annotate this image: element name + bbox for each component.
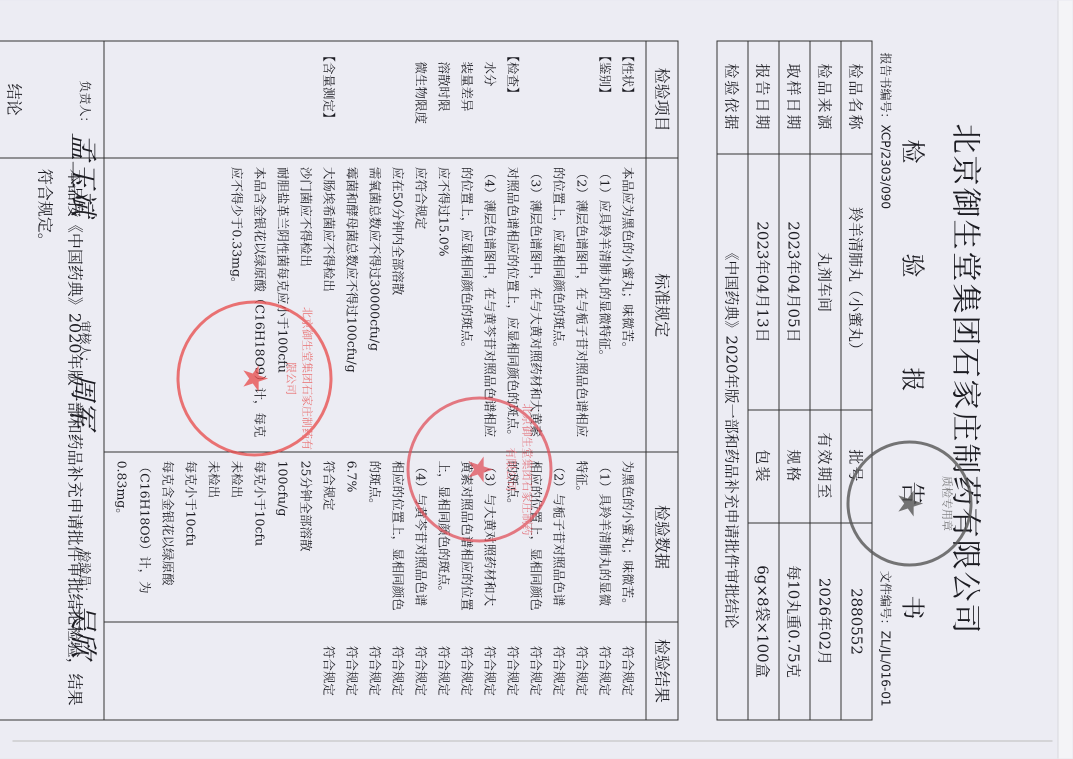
standard-line: 本品应为黑色的小蜜丸；味微苦。: [617, 167, 640, 444]
info-row: 报告日期 2023年04月13日 包装 6g×8袋×100盒: [748, 41, 779, 720]
inspection-report-page: 北京御生堂集团石家庄制药有限公司 检验报告书 报告书编号：XCP/2303/09…: [0, 1, 1073, 759]
result-line: 符合规定: [341, 630, 364, 711]
star-icon: ★: [890, 488, 930, 518]
info-row: 检品来源 丸剂车间 有效期至 2026年02月: [810, 41, 841, 720]
star-icon: ★: [460, 454, 500, 484]
item-line: [387, 50, 410, 150]
product-info-table: 检品名称 羚羊清肺丸（小蜜丸） 批号 2880552 检品来源 丸剂车间 有效期…: [717, 41, 873, 721]
data-line: 25分钟全部溶散: [295, 461, 318, 614]
standard-line: （1）应具羚羊清肺丸的显微特征。: [594, 167, 617, 444]
basis-label: 检验依据: [717, 41, 748, 154]
item-line: 水分: [479, 50, 502, 150]
spec-label: 规格: [779, 410, 810, 523]
basis-value: 《中国药典》2020年版一部和药品补充申请批件审批结论: [717, 154, 748, 720]
scanned-document: 北京御生堂集团石家庄制药有限公司 检验报告书 报告书编号：XCP/2303/09…: [0, 0, 1073, 758]
data-line: 未检出: [226, 461, 249, 614]
result-line: 符合规定: [456, 630, 479, 711]
data-line: 每克小于10cfu: [180, 461, 203, 614]
inspector-signature: 检验员：吴欣: [65, 551, 105, 659]
inspector-handwriting: 吴欣: [67, 603, 100, 659]
reviewer-label: 审核人：: [78, 321, 92, 369]
product-name-value: 羚羊清肺丸（小蜜丸）: [841, 154, 872, 410]
reviewer-signature: 审核人：周军: [65, 321, 105, 429]
result-line: 符合规定: [433, 630, 456, 711]
scan-border-line: [13, 741, 1053, 742]
quality-inspection-seal: 质检专用章 ★: [847, 441, 973, 567]
data-line: 6.7%: [341, 461, 364, 614]
source-value: 丸剂车间: [810, 154, 841, 410]
item-line: [548, 50, 571, 150]
standard-line: 霉菌和酵母菌总数应不得过100cfu/g: [341, 167, 364, 444]
data-line: 100cfu/g: [272, 461, 295, 614]
result-line: 符合规定: [364, 630, 387, 711]
package-label: 包装: [748, 410, 779, 523]
inspector-label: 检验员：: [78, 551, 92, 599]
result-line: 符合规定: [548, 630, 571, 711]
scan-edge: [1058, 1, 1073, 759]
item-line: [571, 50, 594, 150]
header-result: 检验结果: [646, 622, 678, 720]
standard-line: 应在50分钟内全部溶散: [387, 167, 410, 444]
file-number: 文件编号：ZL/JL/016-01: [878, 571, 895, 707]
results-header-row: 检验项目 标准规定 检验数据 检验结果: [646, 41, 678, 720]
standard-line: 应符合规定: [410, 167, 433, 444]
package-value: 6g×8袋×100盒: [748, 523, 779, 720]
responsible-label: 负责人：: [78, 81, 92, 129]
report-number: 报告书编号：XCP/2303/090: [878, 53, 895, 210]
star-icon: ★: [235, 363, 275, 393]
data-line: 未检出: [203, 461, 226, 614]
report-date-label: 报告日期: [748, 41, 779, 154]
file-number-value: ZL/JL/016-01: [879, 631, 893, 707]
report-number-label: 报告书编号：: [879, 53, 893, 125]
item-line: 【检查】: [502, 50, 525, 150]
product-name-label: 检品名称: [841, 41, 872, 154]
report-number-value: XCP/2303/090: [879, 125, 893, 210]
data-line: 为黑色的小蜜丸；味微苦。: [617, 461, 640, 614]
header-standard: 标准规定: [646, 158, 678, 452]
results-column: 符合规定符合规定符合规定符合规定符合规定符合规定符合规定符合规定符合规定符合规定…: [104, 622, 646, 720]
data-column: 为黑色的小蜜丸；味微苦。（1）具羚羊清肺丸的显微特征。（2）与栀子苷对照品色谱相…: [104, 452, 646, 622]
expiry-label: 有效期至: [810, 410, 841, 523]
result-line: 符合规定: [410, 630, 433, 711]
company-seal-text: 北京御生堂集团石家庄制药有限公司: [504, 400, 536, 540]
header-item: 检验项目: [646, 41, 678, 158]
result-line: 符合规定: [525, 630, 548, 711]
data-line: 每克小于10cfu: [249, 461, 272, 614]
item-line: 溶散时限: [433, 50, 456, 150]
standard-line: （2）薄层色谱图中，在与栀子苷对照品色谱相应的位置上，应显相同颜色的斑点。: [548, 167, 594, 444]
responsible-handwriting: 孟玉斌: [67, 133, 100, 217]
company-name: 北京御生堂集团石家庄制药有限公司: [947, 1, 991, 759]
data-line: 符合规定: [318, 461, 341, 614]
info-row: 取样日期 2023年04月05日 规格 每10丸重0.75克: [779, 41, 810, 720]
result-line: 符合规定: [502, 630, 525, 711]
report-date-value: 2023年04月13日: [748, 154, 779, 410]
item-line: 装量差异: [456, 50, 479, 150]
batch-value: 2880552: [841, 523, 872, 720]
items-column: 【性状】【鉴别】 【检查】水分装量差异溶散时限微生物限度 【含量测定】: [104, 41, 646, 158]
data-line: （1）具羚羊清肺丸的显微特征。: [571, 461, 617, 614]
result-line: 符合规定: [318, 630, 341, 711]
standard-line: 需氧菌总数应不得过30000cfu/g: [364, 167, 387, 444]
item-line: 【性状】: [617, 50, 640, 150]
info-row: 检品名称 羚羊清肺丸（小蜜丸） 批号 2880552: [841, 41, 872, 720]
result-line: 符合规定: [594, 630, 617, 711]
reviewer-handwriting: 周军: [67, 373, 100, 429]
item-line: 【鉴别】: [594, 50, 617, 150]
result-line: 符合规定: [479, 630, 502, 711]
result-line: 符合规定: [571, 630, 594, 711]
info-row: 检验依据 《中国药典》2020年版一部和药品补充申请批件审批结论: [717, 41, 748, 720]
company-seal-1: 北京御生堂集团石家庄制药有限公司 ★: [407, 397, 553, 543]
result-line: 符合规定: [387, 630, 410, 711]
item-line: 微生物限度: [410, 50, 433, 150]
item-line: [364, 50, 387, 150]
source-label: 检品来源: [810, 41, 841, 154]
document-title: 检验报告书: [898, 1, 933, 759]
item-line: 【含量测定】: [318, 50, 341, 150]
company-seal-text: 北京御生堂集团石家庄制药有限公司: [284, 304, 316, 454]
company-seal-2: 北京御生堂集团石家庄制药有限公司 ★: [177, 301, 333, 457]
sampling-date-value: 2023年04月05日: [779, 154, 810, 410]
result-line: 符合规定: [617, 630, 640, 711]
quality-seal-text: 质检专用章: [940, 444, 956, 564]
sampling-date-label: 取样日期: [779, 41, 810, 154]
item-line: [525, 50, 548, 150]
expiry-value: 2026年02月: [810, 523, 841, 720]
file-number-label: 文件编号：: [879, 571, 893, 631]
responsible-signature: 负责人：孟玉斌: [65, 81, 105, 217]
data-line: 每克含金银花以绿原酸（C16H18O9）计，为0.83mg。: [111, 461, 180, 614]
spec-value: 每10丸重0.75克: [779, 523, 810, 720]
item-line: [341, 50, 364, 150]
header-data: 检验数据: [646, 452, 678, 622]
